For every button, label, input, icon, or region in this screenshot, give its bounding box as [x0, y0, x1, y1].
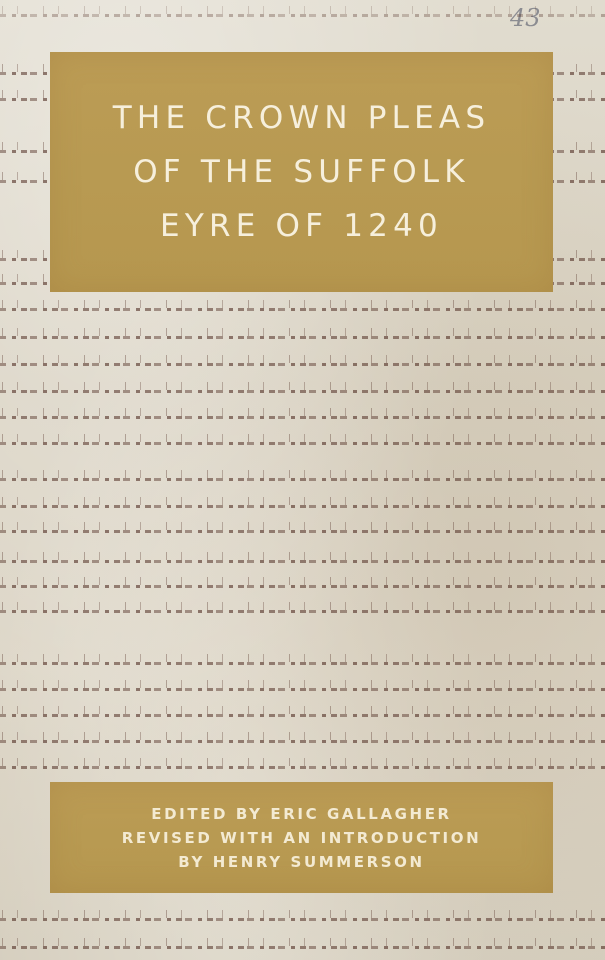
book-cover: 43 THE CROWN PLEAS OF THE SUFFOLK EYRE O… [0, 0, 605, 960]
title-line-1: THE CROWN PLEAS [113, 91, 490, 145]
introduction-credit: BY HENRY SUMMERSON [178, 850, 424, 874]
title-line-2: OF THE SUFFOLK [133, 145, 470, 199]
editor-credit: EDITED BY ERIC GALLAGHER [151, 802, 451, 826]
revision-credit: REVISED WITH AN INTRODUCTION [122, 826, 481, 850]
credits-panel: EDITED BY ERIC GALLAGHER REVISED WITH AN… [50, 782, 553, 893]
title-line-3: EYRE OF 1240 [160, 199, 443, 253]
title-panel: THE CROWN PLEAS OF THE SUFFOLK EYRE OF 1… [50, 52, 553, 292]
